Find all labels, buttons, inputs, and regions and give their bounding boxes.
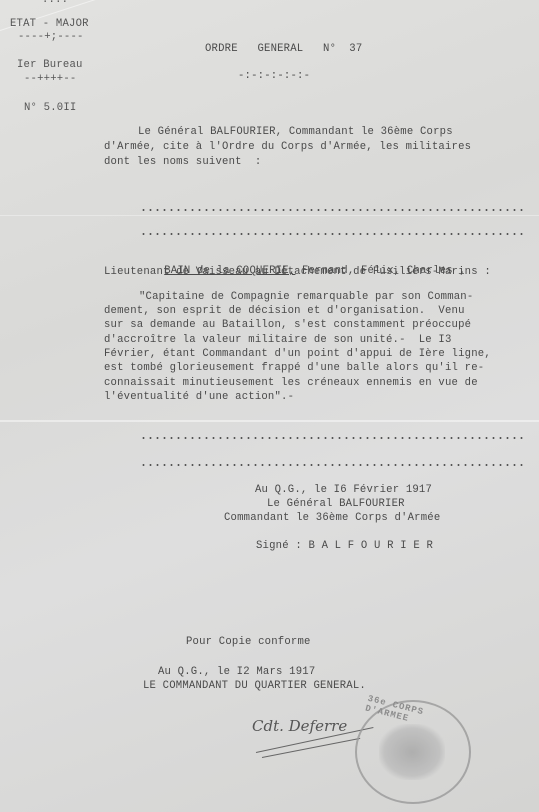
title-rule: -:-:-:-:-:- [238,70,310,83]
intro-line: dont les noms suivent : [104,156,261,169]
citation-line: "Capitaine de Compagnie remarquable par … [139,291,473,304]
signed-line: Signé : B A L F O U R I E R [256,540,433,553]
bureau-rule: --++++-- [24,73,76,86]
reference-number: N° 5.0II [24,102,76,115]
copy-authority: LE COMMANDANT DU QUARTIER GENERAL. [143,680,366,693]
citation-line: dement, son esprit de décision et d'orga… [104,305,465,318]
citation-line: d'accroître la valeur militaire de son u… [104,334,452,347]
handwritten-signature: Cdt. Deferre [252,717,347,735]
citation-line: connaissait minutieusement les créneaux … [104,377,478,390]
bureau-heading: Ier Bureau [17,59,83,72]
intro-line: Le Général BALFOURIER, Commandant le 36è… [138,126,453,139]
dotted-separator [140,233,525,235]
paper-crease [0,420,539,422]
copy-date: Au Q.G., le I2 Mars 1917 [158,666,315,679]
top-mark: .... [42,0,68,7]
citation-line: Février, étant Commandant d'un point d'a… [104,348,491,361]
dotted-separator [140,464,525,466]
closing-line: Commandant le 36ème Corps d'Armée [224,512,440,525]
dotted-separator [140,437,525,439]
official-stamp: 36e CORPS D'ARMEE [355,700,471,804]
dotted-separator [140,209,525,211]
closing-line: Le Général BALFOURIER [267,498,405,511]
citee-rank: Lieutenant de Vaisseau au Détachement de… [104,266,491,279]
order-title: ORDRE GENERAL N° 37 [205,43,362,56]
unit-heading: ETAT - MAJOR [10,18,89,31]
paper-crease [0,215,539,216]
citation-line: est tombé glorieusement frappé d'une bal… [104,362,484,375]
citation-line: sur sa demande au Bataillon, s'est const… [104,319,471,332]
stamp-emblem [379,724,445,780]
copy-label: Pour Copie conforme [186,636,311,649]
intro-line: d'Armée, cite à l'Ordre du Corps d'Armée… [104,141,471,154]
citation-line: l'éventualité d'une action".- [104,391,294,404]
unit-rule: ----+;---- [18,31,84,44]
closing-line: Au Q.G., le I6 Février 1917 [255,484,432,497]
